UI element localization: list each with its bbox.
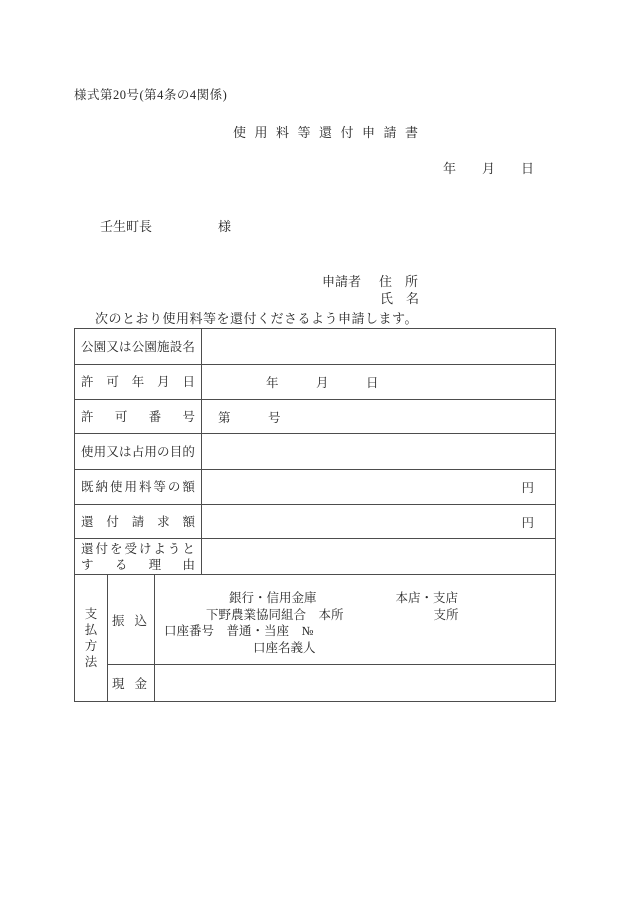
bank-line-1: 銀行・信用金庫 本店・支店 <box>155 589 555 606</box>
applicant-name-label: 氏 名 <box>380 290 419 307</box>
payment-method-label: 支払方法 <box>85 606 98 670</box>
intro-sentence: 次のとおり使用料等を還付くださるよう申請します。 <box>95 308 418 327</box>
form-number: 様式第20号(第4条の4関係) <box>74 85 227 103</box>
row-refund-reason: 還付を受けようと する理由 <box>75 538 555 574</box>
refund-reason-label-line1: 還付を受けようと <box>81 541 195 557</box>
paid-amount-label: 既納使用料等の額 <box>81 479 195 495</box>
refund-amount-unit: 円 <box>202 505 555 538</box>
permit-number-value: 第 号 <box>202 400 555 433</box>
facility-name-label: 公園又は公園施設名 <box>81 339 195 355</box>
bank-line-3: 口座番号 普通・当座 № <box>155 622 555 639</box>
addressee-name: 壬生町長 <box>100 216 152 235</box>
addressee-honorific: 様 <box>218 216 231 235</box>
facility-name-value <box>202 329 555 364</box>
row-facility-name: 公園又は公園施設名 <box>75 329 555 364</box>
row-permit-number: 許可番号 第 号 <box>75 399 555 433</box>
date-line: 年 月 日 <box>443 158 534 177</box>
transfer-row: 振込 銀行・信用金庫 本店・支店 下野農業協同組合 本所 支所 口座番号 普通・… <box>108 575 555 664</box>
permit-date-value: 年 月 日 <box>202 365 555 399</box>
transfer-label: 振込 <box>112 611 147 629</box>
row-purpose: 使用又は占用の目的 <box>75 433 555 469</box>
permit-number-label: 許可番号 <box>81 409 195 425</box>
paid-amount-unit: 円 <box>202 470 555 504</box>
branch-office-text: 支所 <box>434 605 459 623</box>
row-paid-amount: 既納使用料等の額 円 <box>75 469 555 504</box>
bank-line-4: 口座名義人 <box>155 639 555 656</box>
applicant-block: 申請者 住 所 氏 名 <box>322 273 419 307</box>
cash-value <box>155 665 555 701</box>
cash-label: 現金 <box>112 674 147 692</box>
row-refund-amount: 還付請求額 円 <box>75 504 555 538</box>
refund-application-table: 公園又は公園施設名 許可年月日 年 月 日 許可番号 第 号 使用又は占用の目的 <box>74 328 556 702</box>
purpose-label: 使用又は占用の目的 <box>81 444 195 460</box>
bank-details-cell: 銀行・信用金庫 本店・支店 下野農業協同組合 本所 支所 口座番号 普通・当座 … <box>155 575 555 664</box>
branch-type-text: 本店・支店 <box>396 588 459 606</box>
refund-reason-label-line2: する理由 <box>81 557 195 573</box>
row-permit-date: 許可年月日 年 月 日 <box>75 364 555 399</box>
purpose-value <box>202 434 555 469</box>
permit-date-label: 許可年月日 <box>81 374 195 390</box>
bank-type-text: 銀行・信用金庫 <box>229 588 317 606</box>
cash-row: 現金 <box>108 664 555 701</box>
document-title: 使用料等還付申請書 <box>233 122 427 141</box>
payment-method-section: 支払方法 振込 銀行・信用金庫 本店・支店 下野農業協同組合 本所 支所 <box>75 574 555 701</box>
refund-amount-label: 還付請求額 <box>81 514 195 530</box>
account-holder-text: 口座名義人 <box>253 638 316 656</box>
agricultural-coop-text: 下野農業協同組合 本所 <box>206 605 344 623</box>
document-page: 様式第20号(第4条の4関係) 使用料等還付申請書 年 月 日 壬生町長 様 申… <box>0 0 630 915</box>
bank-line-2: 下野農業協同組合 本所 支所 <box>155 606 555 623</box>
addressee: 壬生町長 様 <box>100 216 231 235</box>
applicant-label: 申請者 <box>322 273 361 290</box>
account-number-text: 口座番号 普通・当座 № <box>164 621 313 639</box>
refund-reason-value <box>202 539 555 574</box>
applicant-address-label: 住 所 <box>379 273 418 290</box>
